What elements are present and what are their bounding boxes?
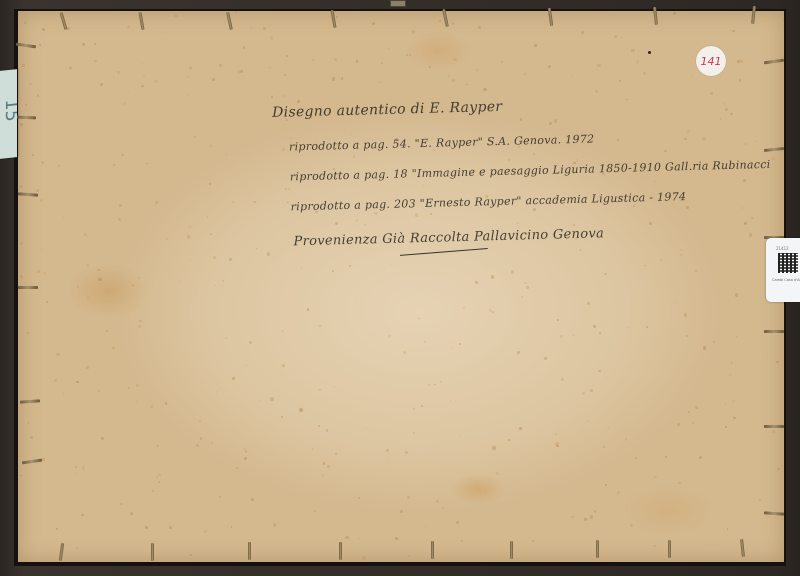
foxing-spot xyxy=(644,265,646,267)
foxing-spot xyxy=(56,353,59,356)
foxing-spot xyxy=(355,298,356,299)
foxing-spot xyxy=(730,113,733,116)
foxing-spot xyxy=(415,213,418,216)
foxing-spot xyxy=(358,538,359,539)
foxing-spot xyxy=(128,387,130,389)
foxing-spot xyxy=(22,64,25,67)
foxing-spot xyxy=(149,441,150,442)
foxing-spot xyxy=(555,442,558,445)
foxing-spot xyxy=(664,150,666,152)
foxing-spot xyxy=(581,31,584,34)
foxing-spot xyxy=(703,346,706,349)
foxing-spot xyxy=(240,70,243,73)
foxing-spot xyxy=(341,77,343,79)
foxing-spot xyxy=(776,361,778,363)
foxing-spot xyxy=(270,36,273,39)
foxing-spot xyxy=(307,308,309,310)
ink-dot xyxy=(648,51,651,54)
foxing-spot xyxy=(673,12,676,15)
foxing-spot xyxy=(334,58,337,61)
qr-code-icon xyxy=(778,253,798,273)
foxing-spot xyxy=(388,335,391,338)
foxing-spot xyxy=(593,325,596,328)
foxing-spot xyxy=(101,437,104,440)
foxing-spot xyxy=(236,467,238,469)
foxing-spot xyxy=(563,46,565,48)
foxing-spot xyxy=(372,22,375,25)
foxing-spot xyxy=(548,65,551,68)
foxing-spot xyxy=(157,445,158,446)
foxing-spot xyxy=(145,526,148,529)
foxing-spot xyxy=(699,456,702,459)
nail xyxy=(510,541,513,559)
foxing-speckles xyxy=(18,11,784,562)
foxing-spot xyxy=(725,108,728,111)
foxing-spot xyxy=(492,311,494,313)
foxing-spot xyxy=(356,60,358,62)
hanging-hinge xyxy=(390,0,406,7)
nail xyxy=(16,116,36,120)
foxing-spot xyxy=(596,69,598,71)
foxing-spot xyxy=(20,123,23,126)
foxing-spot xyxy=(711,543,713,545)
foxing-spot xyxy=(301,268,302,269)
foxing-spot xyxy=(189,554,192,557)
foxing-spot xyxy=(425,526,426,527)
foxing-spot xyxy=(520,118,523,121)
foxing-spot xyxy=(418,318,420,320)
foxing-spot xyxy=(587,420,588,421)
foxing-spot xyxy=(199,420,201,422)
foxing-spot xyxy=(189,259,190,260)
wooden-frame: Disegno autentico di E. Rayper riprodott… xyxy=(0,0,800,576)
foxing-spot xyxy=(100,83,103,86)
foxing-spot xyxy=(175,15,177,17)
foxing-spot xyxy=(674,302,675,303)
foxing-spot xyxy=(607,377,608,378)
foxing-spot xyxy=(335,222,338,225)
foxing-spot xyxy=(213,256,216,259)
foxing-spot xyxy=(597,64,600,67)
foxing-spot xyxy=(732,30,735,33)
foxing-spot xyxy=(476,69,477,70)
foxing-spot xyxy=(98,390,100,392)
foxing-spot xyxy=(20,242,23,245)
foxing-spot xyxy=(749,233,752,236)
foxing-spot xyxy=(727,528,728,529)
foxing-spot xyxy=(189,226,191,228)
foxing-spot xyxy=(619,80,621,82)
foxing-spot xyxy=(533,153,535,155)
foxing-spot xyxy=(483,88,486,91)
foxing-spot xyxy=(279,395,280,396)
foxing-spot xyxy=(626,99,628,101)
foxing-spot xyxy=(44,272,45,273)
foxing-spot xyxy=(20,475,21,476)
nail xyxy=(151,543,154,561)
foxing-spot xyxy=(759,499,761,501)
foxing-spot xyxy=(271,96,273,98)
foxing-spot xyxy=(452,79,454,81)
foxing-spot xyxy=(605,484,607,486)
foxing-spot xyxy=(436,500,439,503)
foxing-spot xyxy=(560,335,562,337)
foxing-spot xyxy=(742,207,744,209)
foxing-spot xyxy=(777,468,780,471)
foxing-spot xyxy=(460,435,461,436)
foxing-spot xyxy=(733,400,734,401)
foxing-spot xyxy=(517,223,519,225)
foxing-spot xyxy=(75,466,77,468)
qr-label-footer: Cambi Casa d'Aste xyxy=(772,278,800,283)
foxing-spot xyxy=(32,154,34,156)
foxing-spot xyxy=(772,430,775,433)
foxing-spot xyxy=(636,60,639,63)
foxing-spot xyxy=(123,102,126,105)
foxing-spot xyxy=(86,366,88,368)
foxing-spot xyxy=(132,284,134,286)
foxing-spot xyxy=(319,325,321,327)
foxing-spot xyxy=(725,426,727,428)
foxing-spot xyxy=(573,335,574,336)
foxing-spot xyxy=(282,330,283,331)
foxing-spot xyxy=(112,347,114,349)
foxing-spot xyxy=(571,516,574,519)
foxing-spot xyxy=(743,179,746,182)
foxing-spot xyxy=(94,43,96,45)
foxing-spot xyxy=(58,165,60,167)
foxing-spot xyxy=(98,269,100,271)
foxing-spot xyxy=(350,134,351,135)
foxing-spot xyxy=(576,159,579,162)
foxing-spot xyxy=(625,438,628,441)
foxing-spot xyxy=(284,74,286,76)
foxing-spot xyxy=(322,474,325,477)
nail xyxy=(764,330,784,333)
foxing-spot xyxy=(576,480,577,481)
foxing-spot xyxy=(136,384,139,387)
foxing-spot xyxy=(244,448,245,449)
foxing-spot xyxy=(181,452,182,453)
foxing-spot xyxy=(532,540,534,542)
foxing-spot xyxy=(356,219,358,221)
foxing-spot xyxy=(643,72,646,75)
foxing-spot xyxy=(326,429,329,432)
foxing-spot xyxy=(256,248,257,249)
foxing-spot xyxy=(617,139,618,140)
foxing-spot xyxy=(25,104,27,106)
foxing-spot xyxy=(133,192,134,193)
foxing-spot xyxy=(391,264,392,265)
foxing-spot xyxy=(695,270,697,272)
foxing-spot xyxy=(209,183,211,185)
foxing-spot xyxy=(751,217,753,219)
foxing-spot xyxy=(687,130,690,133)
foxing-spot xyxy=(102,112,103,113)
foxing-spot xyxy=(450,400,451,401)
foxing-spot xyxy=(430,348,431,349)
foxing-spot xyxy=(143,75,144,76)
nail xyxy=(668,540,671,558)
foxing-spot xyxy=(453,58,456,61)
foxing-spot xyxy=(288,188,290,190)
foxing-spot xyxy=(87,297,89,299)
foxing-spot xyxy=(20,275,23,278)
foxing-spot xyxy=(187,76,188,77)
foxing-spot xyxy=(680,254,682,256)
foxing-spot xyxy=(188,95,189,96)
foxing-spot xyxy=(87,264,90,267)
foxing-spot xyxy=(603,446,605,448)
foxing-spot xyxy=(117,71,120,74)
foxing-spot xyxy=(353,155,356,158)
foxing-spot xyxy=(621,557,622,558)
foxing-spot xyxy=(222,280,224,282)
foxing-spot xyxy=(166,469,167,470)
qr-code-label: 21412 Cambi Casa d'Aste xyxy=(766,238,800,302)
foxing-spot xyxy=(739,79,741,81)
foxing-spot xyxy=(165,75,167,77)
foxing-spot xyxy=(733,417,735,419)
foxing-spot xyxy=(154,80,157,83)
foxing-spot xyxy=(590,389,593,392)
foxing-spot xyxy=(232,377,235,380)
foxing-spot xyxy=(76,381,79,384)
foxing-spot xyxy=(686,206,689,209)
foxing-spot xyxy=(405,451,408,454)
foxing-spot xyxy=(412,30,415,33)
foxing-spot xyxy=(407,496,410,499)
foxing-spot xyxy=(452,22,454,24)
foxing-spot xyxy=(47,56,48,57)
foxing-spot xyxy=(379,81,381,83)
foxing-spot xyxy=(245,450,248,453)
foxing-spot xyxy=(332,77,335,80)
foxing-spot xyxy=(580,249,582,251)
foxing-spot xyxy=(259,400,260,401)
foxing-spot xyxy=(75,473,76,474)
foxing-spot xyxy=(723,103,725,105)
foxing-spot xyxy=(713,341,715,343)
foxing-spot xyxy=(200,437,203,440)
foxing-spot xyxy=(598,370,600,372)
foxing-spot xyxy=(210,233,212,235)
foxing-spot xyxy=(684,313,687,316)
foxing-spot xyxy=(695,406,698,409)
foxing-spot xyxy=(738,101,740,103)
foxing-spot xyxy=(731,362,733,364)
foxing-spot xyxy=(783,19,784,21)
foxing-spot xyxy=(561,378,564,381)
foxing-spot xyxy=(243,46,245,48)
foxing-spot xyxy=(273,523,276,526)
nail xyxy=(18,286,38,289)
foxing-spot xyxy=(166,238,168,240)
foxing-spot xyxy=(678,482,680,484)
foxing-spot xyxy=(358,497,360,499)
foxing-spot xyxy=(381,62,383,64)
foxing-spot xyxy=(246,365,247,366)
foxing-spot xyxy=(189,513,190,514)
foxing-spot xyxy=(158,474,160,476)
foxing-spot xyxy=(771,157,774,160)
foxing-spot xyxy=(524,73,527,76)
foxing-spot xyxy=(36,189,38,191)
foxing-spot xyxy=(508,439,510,441)
foxing-spot xyxy=(334,386,335,387)
foxing-spot xyxy=(744,222,747,225)
foxing-spot xyxy=(226,154,228,156)
inventory-label: 15 xyxy=(0,69,17,159)
foxing-spot xyxy=(736,336,738,338)
foxing-spot xyxy=(413,408,415,410)
foxing-spot xyxy=(253,201,256,204)
foxing-spot xyxy=(212,78,215,81)
foxing-spot xyxy=(24,21,27,24)
foxing-spot xyxy=(534,44,537,47)
foxing-spot xyxy=(387,461,388,462)
foxing-spot xyxy=(46,301,48,303)
foxing-spot xyxy=(649,222,652,225)
foxing-spot xyxy=(424,341,426,343)
foxing-spot xyxy=(290,138,291,139)
foxing-spot xyxy=(408,555,410,557)
foxing-spot xyxy=(19,185,22,188)
foxing-spot xyxy=(365,428,366,429)
foxing-spot xyxy=(691,76,692,77)
foxing-spot xyxy=(312,59,315,62)
inventory-label-text: 15 xyxy=(1,98,17,123)
foxing-spot xyxy=(69,67,71,69)
foxing-spot xyxy=(631,49,634,52)
foxing-spot xyxy=(119,204,122,207)
foxing-spot xyxy=(146,163,147,164)
foxing-spot xyxy=(172,93,173,94)
foxing-spot xyxy=(740,60,742,62)
foxing-spot xyxy=(492,446,495,449)
foxing-spot xyxy=(63,217,64,218)
foxing-spot xyxy=(118,218,120,220)
foxing-spot xyxy=(244,457,246,459)
foxing-spot xyxy=(519,427,522,430)
foxing-spot xyxy=(693,57,694,58)
qr-label-number: 21412 xyxy=(776,246,789,251)
foxing-spot xyxy=(590,515,593,518)
nail xyxy=(248,542,251,560)
foxing-spot xyxy=(297,100,300,103)
foxing-spot xyxy=(413,432,415,434)
foxing-spot xyxy=(82,43,85,46)
foxing-spot xyxy=(219,64,222,67)
foxing-spot xyxy=(113,76,115,78)
foxing-spot xyxy=(621,37,622,38)
foxing-spot xyxy=(229,258,232,261)
foxing-spot xyxy=(735,293,738,296)
foxing-spot xyxy=(219,496,221,498)
foxing-spot xyxy=(211,442,213,444)
foxing-spot xyxy=(335,453,337,455)
foxing-spot xyxy=(594,510,596,512)
foxing-spot xyxy=(345,536,348,539)
foxing-spot xyxy=(260,82,262,84)
foxing-spot xyxy=(166,32,167,33)
foxing-spot xyxy=(374,212,377,215)
foxing-spot xyxy=(94,60,97,63)
foxing-spot xyxy=(654,476,656,478)
foxing-spot xyxy=(768,516,770,518)
foxing-spot xyxy=(362,556,365,559)
foxing-spot xyxy=(164,184,165,185)
foxing-spot xyxy=(429,66,432,69)
foxing-spot xyxy=(635,457,637,459)
foxing-spot xyxy=(282,364,285,367)
foxing-spot xyxy=(152,490,153,491)
foxing-spot xyxy=(702,137,705,140)
foxing-spot xyxy=(582,392,585,395)
foxing-spot xyxy=(677,423,680,426)
foxing-spot xyxy=(82,466,85,469)
foxing-spot xyxy=(136,401,137,402)
foxing-spot xyxy=(511,270,514,273)
foxing-spot xyxy=(156,476,158,478)
foxing-spot xyxy=(39,44,41,46)
foxing-spot xyxy=(710,92,713,95)
foxing-spot xyxy=(231,526,232,527)
foxing-spot xyxy=(30,436,33,439)
foxing-spot xyxy=(216,391,217,392)
foxing-spot xyxy=(54,434,56,436)
foxing-spot xyxy=(76,547,78,549)
foxing-spot xyxy=(496,472,499,475)
foxing-spot xyxy=(267,252,270,255)
foxing-spot xyxy=(27,332,29,334)
foxing-spot xyxy=(767,354,768,355)
foxing-spot xyxy=(56,528,57,529)
lot-number: 141 xyxy=(701,55,722,68)
foxing-spot xyxy=(626,505,627,506)
foxing-spot xyxy=(255,350,256,351)
foxing-spot xyxy=(754,255,756,257)
foxing-spot xyxy=(485,492,486,493)
foxing-spot xyxy=(554,119,557,122)
foxing-spot xyxy=(349,265,352,268)
foxing-spot xyxy=(655,181,656,182)
foxing-spot xyxy=(386,449,389,452)
foxing-spot xyxy=(517,351,520,354)
paper-backing: Disegno autentico di E. Rayper riprodott… xyxy=(18,11,784,562)
foxing-spot xyxy=(98,278,101,281)
foxing-spot xyxy=(81,514,83,516)
nail xyxy=(764,425,784,428)
foxing-spot xyxy=(466,84,468,86)
foxing-spot xyxy=(163,286,164,287)
foxing-spot xyxy=(489,309,492,312)
foxing-spot xyxy=(720,118,722,120)
foxing-spot xyxy=(684,138,687,141)
foxing-spot xyxy=(681,249,682,250)
foxing-spot xyxy=(521,296,523,298)
foxing-spot xyxy=(630,524,633,527)
foxing-spot xyxy=(206,78,207,79)
foxing-spot xyxy=(599,332,601,334)
foxing-spot xyxy=(207,216,209,218)
foxing-spot xyxy=(725,403,726,404)
foxing-spot xyxy=(37,270,40,273)
foxing-spot xyxy=(232,201,234,203)
foxing-spot xyxy=(557,319,559,321)
foxing-spot xyxy=(463,307,464,308)
foxing-spot xyxy=(628,327,629,328)
